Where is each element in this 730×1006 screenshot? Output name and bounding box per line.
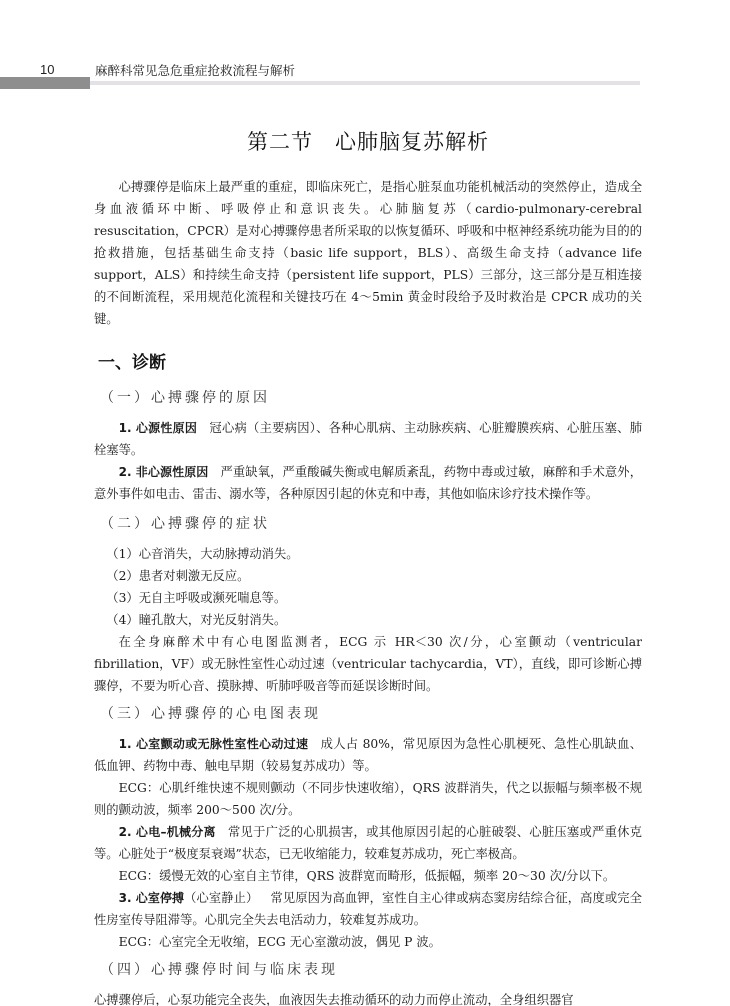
ecg-lead-suffix: （心室静止）: [184, 891, 258, 905]
heading-timing: （四）心搏骤停时间与临床表现: [100, 957, 642, 983]
cause-item: 2. 非心源性原因严重缺氧，严重酸碱失衡或电解质紊乱，药物中毒或过敏，麻醉和手术…: [94, 461, 642, 505]
cause-lead: 1. 心源性原因: [119, 421, 198, 435]
ecg-lead: 3. 心室停搏: [119, 891, 185, 905]
timing-paragraph: 心搏骤停后，心泵功能完全丧失，血液因失去推动循环的动力而停止流动，全身组织器官: [94, 989, 642, 1006]
section-name: 心肺脑复苏解析: [335, 130, 489, 154]
header-rule: [90, 81, 640, 85]
page-number: 10: [40, 62, 54, 77]
cause-item: 1. 心源性原因冠心病（主要病因）、各种心肌病、主动脉疾病、心脏瓣膜疾病、心脏压…: [94, 417, 642, 461]
heading-causes: （一）心搏骤停的原因: [100, 385, 642, 411]
page-content: 第二节心肺脑复苏解析 心搏骤停是临床上最严重的重症，即临床死亡，是指心脏泵血功能…: [94, 120, 642, 1006]
section-number: 第二节: [247, 130, 313, 154]
heading-diagnosis: 一、诊断: [98, 348, 642, 373]
heading-symptoms: （二）心搏骤停的症状: [100, 511, 642, 537]
book-title: 麻醉科常见急危重症抢救流程与解析: [95, 61, 295, 79]
ecg-lead: 2. 心电–机械分离: [119, 825, 216, 839]
ecg-lead: 1. 心室颤动或无脉性室性心动过速: [119, 737, 309, 751]
symptom-item: （4）瞳孔散大，对光反射消失。: [94, 609, 642, 631]
cause-lead: 2. 非心源性原因: [119, 465, 209, 479]
symptom-note: 在全身麻醉术中有心电图监测者，ECG 示 HR＜30 次/分，心室颤动（vent…: [94, 631, 642, 697]
intro-paragraph: 心搏骤停是临床上最严重的重症，即临床死亡，是指心脏泵血功能机械活动的突然停止，造…: [94, 176, 642, 330]
heading-ecg: （三）心搏骤停的心电图表现: [100, 701, 642, 727]
ecg-description: ECG：缓慢无效的心室自主节律，QRS 波群宽而畸形，低振幅，频率 20～30 …: [94, 865, 642, 887]
ecg-description: ECG：心肌纤维快速不规则颤动（不同步快速收缩），QRS 波群消失，代之以振幅与…: [94, 777, 642, 821]
symptom-item: （2）患者对刺激无反应。: [94, 565, 642, 587]
ecg-item: 1. 心室颤动或无脉性室性心动过速成人占 80%，常见原因为急性心肌梗死、急性心…: [94, 733, 642, 777]
header-gray-block: [0, 77, 90, 89]
ecg-item: 2. 心电–机械分离常见于广泛的心肌损害，或其他原因引起的心脏破裂、心脏压塞或严…: [94, 821, 642, 865]
symptom-item: （3）无自主呼吸或濒死喘息等。: [94, 587, 642, 609]
ecg-description: ECG：心室完全无收缩，ECG 无心室激动波，偶见 P 波。: [94, 931, 642, 953]
symptom-item: （1）心音消失，大动脉搏动消失。: [94, 543, 642, 565]
running-head: 10 麻醉科常见急危重症抢救流程与解析: [0, 60, 730, 100]
ecg-item: 3. 心室停搏（心室静止）常见原因为高血钾，室性自主心律或病态窦房结综合征，高度…: [94, 887, 642, 931]
section-title: 第二节心肺脑复苏解析: [94, 126, 642, 156]
